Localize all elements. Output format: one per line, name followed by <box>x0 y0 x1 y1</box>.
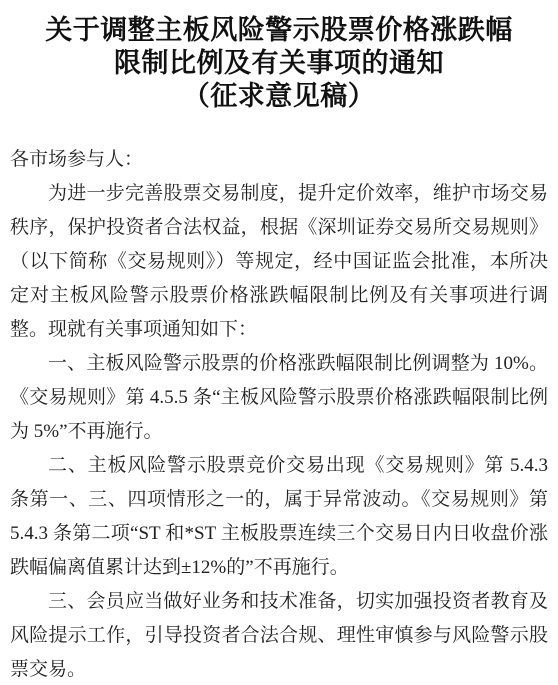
paragraph-item-3: 三、会员应当做好业务和技术准备，切实加强投资者教育及风险提示工作，引导投资者合法… <box>10 585 548 685</box>
document-body: 各市场参与人： 为进一步完善股票交易制度，提升定价效率，维护市场交易秩序，保护投… <box>10 143 548 685</box>
title-line-1: 关于调整主板风险警示股票价格涨跌幅 <box>10 14 548 47</box>
paragraph-intro: 为进一步完善股票交易制度，提升定价效率，维护市场交易秩序，保护投资者合法权益，根… <box>10 177 548 347</box>
paragraph-item-1: 一、主板风险警示股票的价格涨跌幅限制比例调整为 10%。《交易规则》第 4.5.… <box>10 347 548 449</box>
paragraph-item-2: 二、主板风险警示股票竞价交易出现《交易规则》第 5.4.3 条第一、三、四项情形… <box>10 449 548 585</box>
title-line-2: 限制比例及有关事项的通知 <box>10 47 548 80</box>
salutation: 各市场参与人： <box>10 143 548 177</box>
title-line-3: （征求意见稿） <box>10 80 548 113</box>
document-title: 关于调整主板风险警示股票价格涨跌幅 限制比例及有关事项的通知 （征求意见稿） <box>10 14 548 113</box>
document-page: 关于调整主板风险警示股票价格涨跌幅 限制比例及有关事项的通知 （征求意见稿） 各… <box>0 0 558 685</box>
